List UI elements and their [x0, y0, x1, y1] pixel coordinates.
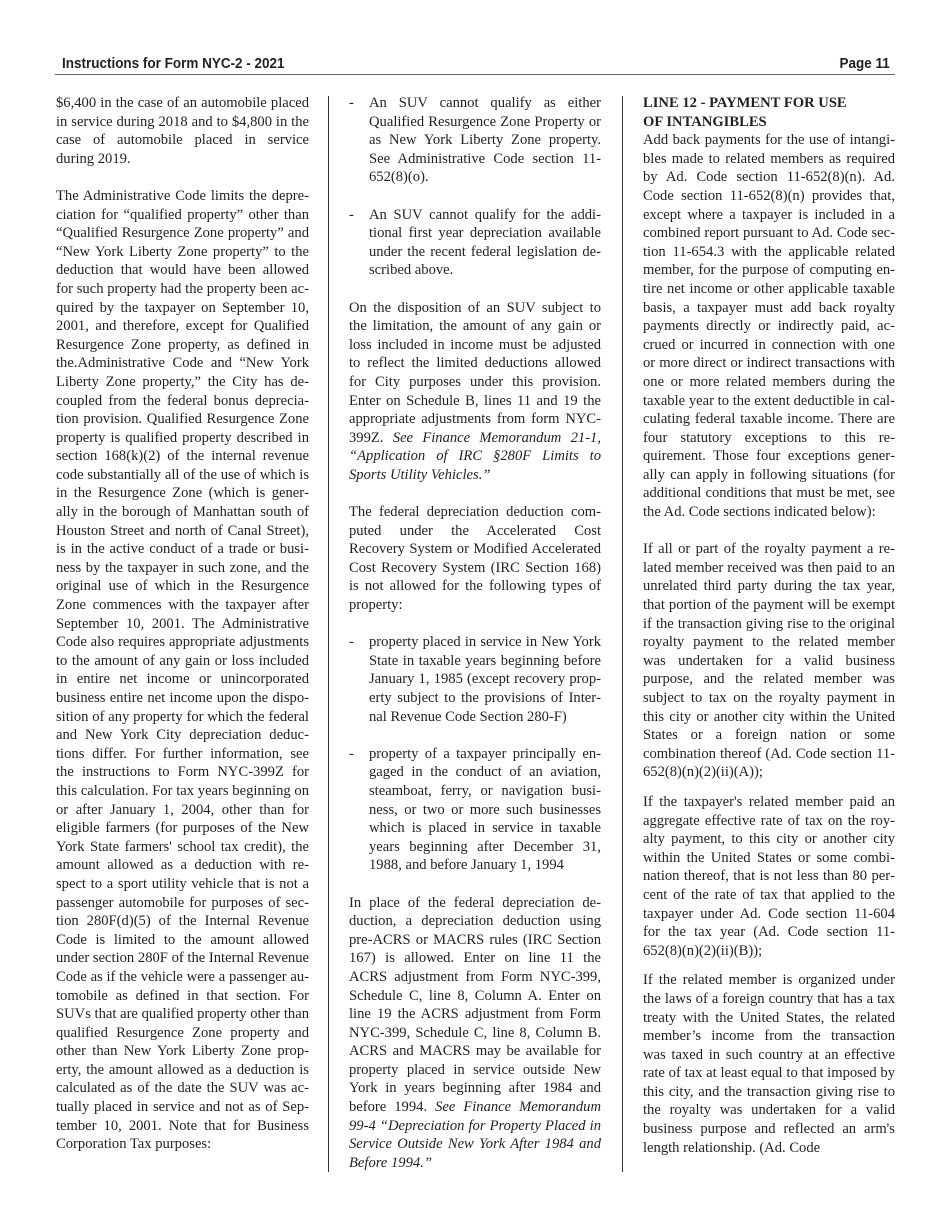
- list-item: - An SUV cannot qualify as either Qualif…: [349, 94, 601, 187]
- page-number: Page 11: [839, 56, 889, 72]
- paragraph-text: In place of the federal depreciation de­…: [349, 895, 601, 1116]
- paragraph: If the related member is organized under…: [643, 971, 895, 1157]
- list-item-text: An SUV cannot qualify for the addi­tiona…: [369, 207, 601, 279]
- document-title: Instructions for Form NYC-2 - 2021: [62, 56, 285, 72]
- heading-line: LINE 12 - PAYMENT FOR USE: [643, 94, 895, 113]
- column-divider-left: [328, 96, 329, 1172]
- list-item: - property placed in service in New York…: [349, 633, 601, 726]
- list-item-text: property placed in service in New York S…: [369, 634, 601, 724]
- header-rule: [55, 74, 895, 75]
- bullet-dash: -: [349, 633, 354, 652]
- bullet-dash: -: [349, 206, 354, 225]
- paragraph: The federal depreciation deduction com­p…: [349, 503, 601, 615]
- paragraph: On the disposition of an SUV subject to …: [349, 299, 601, 485]
- bullet-dash: -: [349, 94, 354, 113]
- page-header: Instructions for Form NYC-2 - 2021 Page …: [62, 56, 836, 75]
- paragraph: If the taxpayer's related member paid an…: [643, 793, 895, 960]
- paragraph-text: On the disposition of an SUV subject to …: [349, 300, 601, 446]
- paragraph: If all or part of the royalty payment a …: [643, 540, 895, 782]
- column-right: LINE 12 - PAYMENT FOR USE OF INTANGIBLES…: [643, 94, 895, 1176]
- paragraph: Add back payments for the use of intangi…: [643, 131, 895, 521]
- list-item: - An SUV cannot qualify for the addi­tio…: [349, 206, 601, 280]
- heading-line: OF INTANGIBLES: [643, 113, 895, 132]
- paragraph: The Administrative Code limits the depre…: [56, 187, 309, 1154]
- paragraph: $6,400 in the case of an automobile plac…: [56, 94, 309, 168]
- column-divider-right: [622, 96, 623, 1172]
- bullet-dash: -: [349, 745, 354, 764]
- column-left: $6,400 in the case of an automobile plac…: [56, 94, 309, 1172]
- list-item: - property of a taxpayer principally en­…: [349, 745, 601, 875]
- list-item-text: property of a taxpayer principally en­ga…: [369, 746, 601, 874]
- column-middle: - An SUV cannot qualify as either Qualif…: [349, 94, 601, 1191]
- section-heading: LINE 12 - PAYMENT FOR USE OF INTANGIBLES: [643, 94, 895, 131]
- paragraph: In place of the federal depreciation de­…: [349, 894, 601, 1173]
- list-item-text: An SUV cannot qualify as either Qualifie…: [369, 95, 601, 185]
